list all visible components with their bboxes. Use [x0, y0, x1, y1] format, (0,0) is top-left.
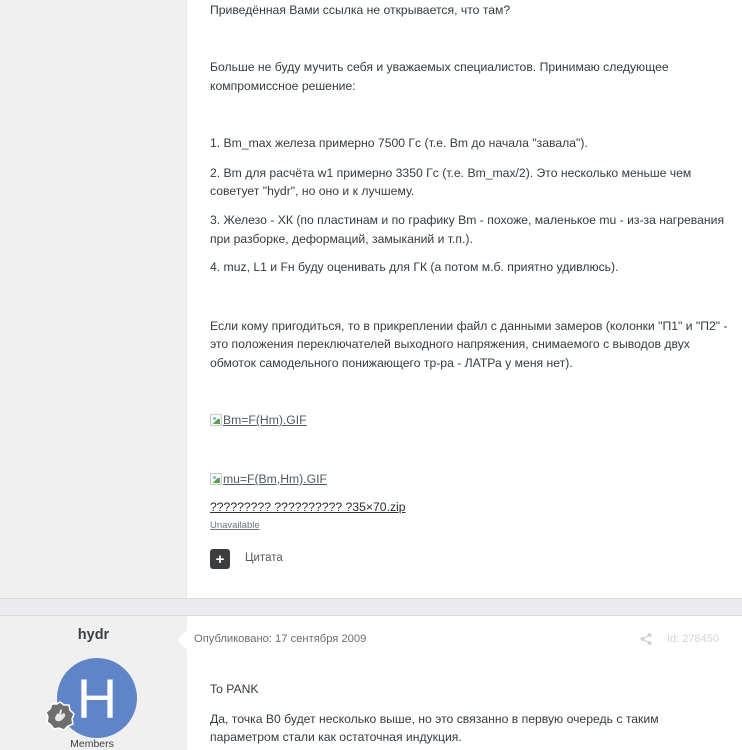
post-paragraph: 3. Железо - ХК (по пластинам и по график… — [210, 210, 724, 231]
post-separator — [0, 598, 742, 616]
post-author-column: hydr H Members — [0, 616, 187, 750]
image-link-mu-bm-hm[interactable]: mu=F(Bm,Hm).GIF — [210, 472, 327, 486]
forum-post: hydr H Members Опубликовано: 17 сентября… — [0, 616, 742, 750]
member-group-label: Members — [0, 738, 184, 750]
post-paragraph: это положения переключателей выходного н… — [210, 334, 690, 355]
forum-topic-page: Приведённая Вами ссылка не открывается, … — [0, 0, 742, 750]
image-alt-text: mu=F(Bm,Hm).GIF — [223, 472, 327, 486]
post-paragraph: To PANK — [210, 679, 259, 700]
post-paragraph: 1. Bm_max железа примерно 7500 Гс (т.е. … — [210, 133, 588, 154]
quote-button[interactable]: + — [210, 549, 230, 569]
post-content: Опубликовано: 17 сентября 2009 Id: 27845… — [187, 616, 742, 750]
post-paragraph: 4. muz, L1 и Fн буду оценивать для ГК (а… — [210, 257, 618, 278]
share-icon[interactable] — [639, 632, 653, 646]
post-id: Id: 278450 — [667, 633, 719, 645]
quote-label[interactable]: Цитата — [245, 552, 283, 564]
post-date[interactable]: Опубликовано: 17 сентября 2009 — [194, 633, 366, 645]
post-author-column — [0, 0, 187, 598]
attachment-link[interactable]: ????????? ?????????? ?35×70.zip — [210, 500, 406, 514]
post-paragraph: Больше не буду мучить себя и уважаемых с… — [210, 57, 669, 78]
post-paragraph: параметром стали как остаточная индукция… — [210, 727, 462, 748]
broken-image-icon — [210, 414, 222, 426]
post-paragraph: компромиссное решение: — [210, 76, 356, 97]
post-paragraph: при разборке, деформаций, замыканий и т.… — [210, 229, 473, 250]
plus-icon: + — [216, 552, 225, 567]
post-paragraph: Приведённая Вами ссылка не открывается, … — [210, 0, 510, 21]
forum-post: Приведённая Вами ссылка не открывается, … — [0, 0, 742, 598]
post-content: Приведённая Вами ссылка не открывается, … — [187, 0, 742, 598]
post-paragraph: советует "hydr", но оно и к лучшему. — [210, 181, 414, 202]
image-link-bm-hm[interactable]: Bm=F(Hm).GIF — [210, 413, 307, 427]
avatar-letter: H — [77, 666, 117, 731]
attachment-status: Unavailable — [210, 520, 260, 531]
image-alt-text: Bm=F(Hm).GIF — [223, 413, 307, 427]
post-paragraph: обмоток самодельного понижающего тр-ра -… — [210, 353, 573, 374]
rank-badge-icon — [45, 701, 75, 731]
post-pointer-arrow — [177, 628, 189, 652]
author-name-link[interactable]: hydr — [0, 627, 187, 643]
broken-image-icon — [210, 473, 222, 485]
